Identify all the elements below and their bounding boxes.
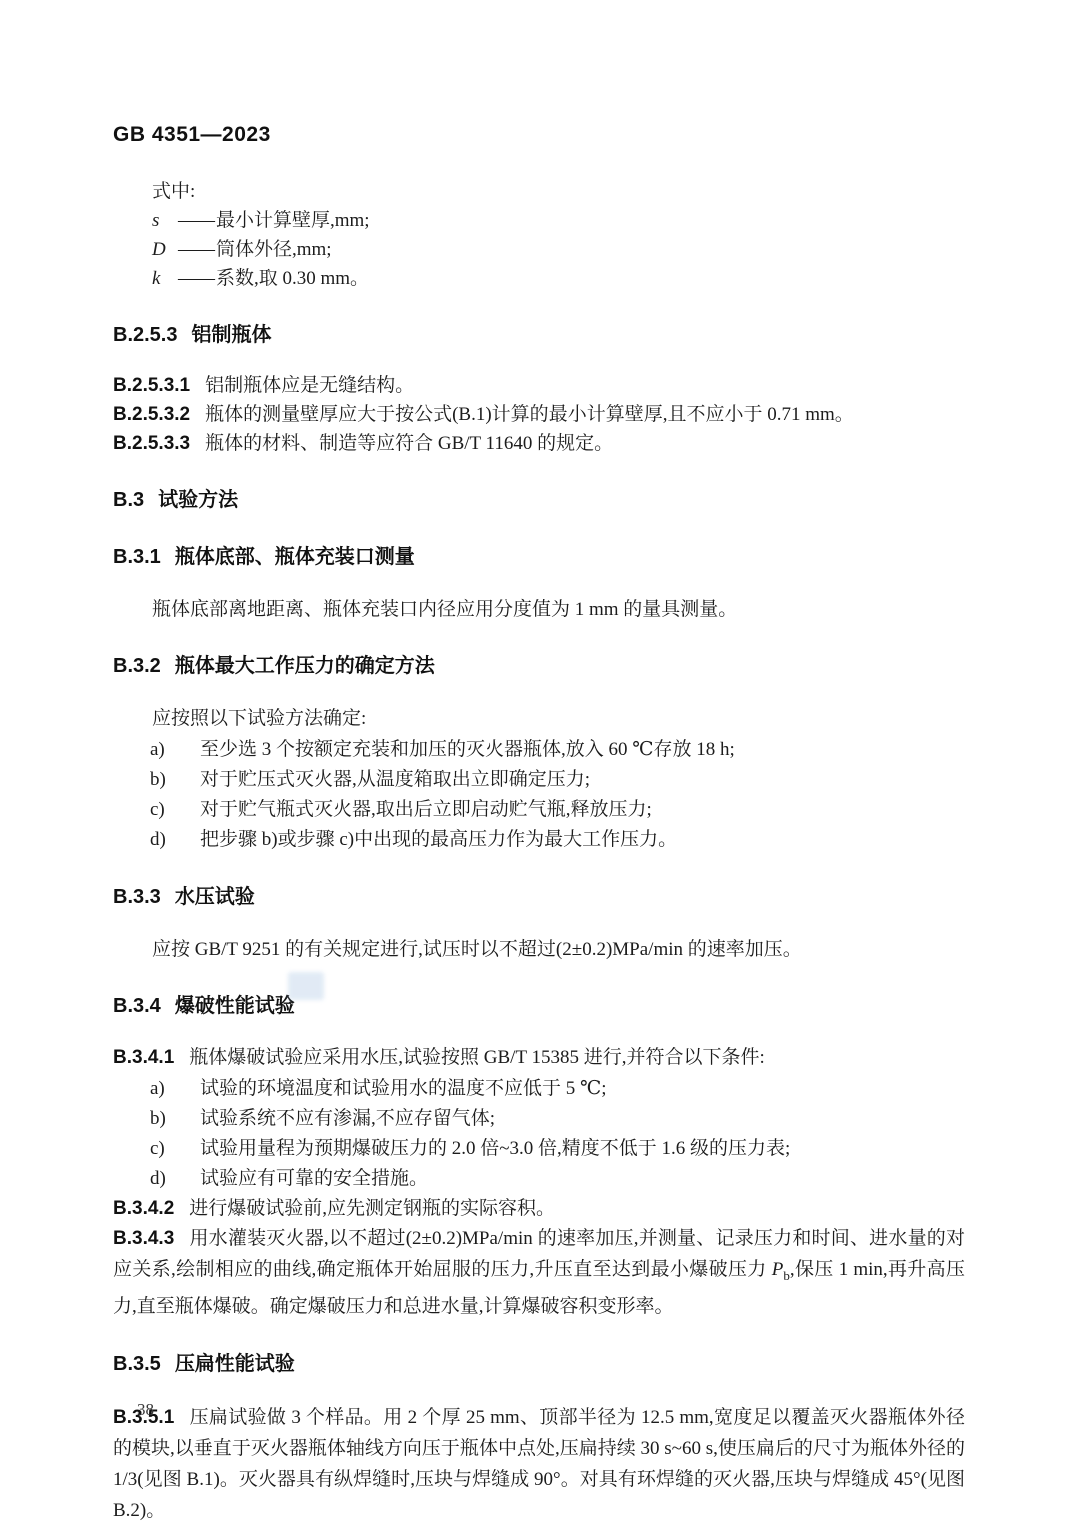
list-item: b)对于贮压式灭火器,从温度箱取出立即确定压力; — [113, 765, 965, 795]
heading-number: B.3.5 — [113, 1353, 161, 1375]
heading-b253: B.2.5.3铝制瓶体 — [113, 323, 965, 347]
clause-text: 进行爆破试验前,应先测定钢瓶的实际容积。 — [189, 1198, 555, 1219]
heading-number: B.3.3 — [113, 886, 161, 908]
heading-b3: B.3试验方法 — [113, 488, 965, 512]
definition-dash: —— — [178, 268, 214, 289]
clause-number: B.3.4.2 — [113, 1198, 174, 1219]
heading-b32: B.3.2瓶体最大工作压力的确定方法 — [113, 654, 965, 678]
paragraph-b32-intro: 应按照以下试验方法确定: — [113, 704, 965, 733]
paragraph-b31: 瓶体底部离地距离、瓶体充装口内径应用分度值为 1 mm 的量具测量。 — [113, 595, 965, 624]
heading-number: B.3.1 — [113, 546, 161, 568]
list-marker: c) — [150, 795, 200, 825]
list-item-text: 试验应有可靠的安全措施。 — [200, 1168, 428, 1189]
list-item: c)试验用量程为预期爆破压力的 2.0 倍~3.0 倍,精度不低于 1.6 级的… — [113, 1134, 965, 1164]
list-item-text: 对于贮气瓶式灭火器,取出后立即启动贮气瓶,释放压力; — [200, 799, 652, 820]
clause-b342: B.3.4.2进行爆破试验前,应先测定钢瓶的实际容积。 — [113, 1194, 965, 1223]
list-marker: a) — [150, 1074, 200, 1104]
formula-definition-D: D——筒体外径,mm; — [113, 235, 965, 264]
clause-number: B.3.4.3 — [113, 1228, 174, 1249]
list-marker: a) — [150, 735, 200, 765]
formula-definition-s: s——最小计算壁厚,mm; — [113, 206, 965, 235]
clause-text: 瓶体爆破试验应采用水压,试验按照 GB/T 15385 进行,并符合以下条件: — [189, 1047, 764, 1068]
clause-b2532: B.2.5.3.2瓶体的测量壁厚应大于按公式(B.1)计算的最小计算壁厚,且不应… — [113, 400, 965, 429]
clause-b2533: B.2.5.3.3瓶体的材料、制造等应符合 GB/T 11640 的规定。 — [113, 429, 965, 458]
list-item-text: 对于贮压式灭火器,从温度箱取出立即确定压力; — [200, 769, 590, 790]
list-item: c)对于贮气瓶式灭火器,取出后立即启动贮气瓶,释放压力; — [113, 795, 965, 825]
definition-dash: —— — [178, 239, 214, 260]
formula-notes: 式中: s——最小计算壁厚,mm; D——筒体外径,mm; k——系数,取 0.… — [113, 178, 965, 293]
list-marker: d) — [150, 1164, 200, 1194]
clause-number: B.2.5.3.3 — [113, 433, 190, 454]
heading-b33: B.3.3水压试验 — [113, 885, 965, 909]
clause-number: B.3.4.1 — [113, 1047, 174, 1068]
heading-number: B.2.5.3 — [113, 324, 177, 346]
list-item-text: 把步骤 b)或步骤 c)中出现的最高压力作为最大工作压力。 — [200, 829, 677, 850]
document-page: GB 4351—2023 式中: s——最小计算壁厚,mm; D——筒体外径,m… — [0, 0, 1080, 1528]
clause-number: B.2.5.3.1 — [113, 375, 190, 396]
list-item: b)试验系统不应有渗漏,不应存留气体; — [113, 1104, 965, 1134]
clause-b2531: B.2.5.3.1铝制瓶体应是无缝结构。 — [113, 371, 965, 400]
heading-number: B.3.4 — [113, 995, 161, 1017]
page-content: GB 4351—2023 式中: s——最小计算壁厚,mm; D——筒体外径,m… — [0, 0, 1080, 1526]
heading-title: 铝制瓶体 — [191, 324, 271, 346]
list-item-text: 至少选 3 个按额定充装和加压的灭火器瓶体,放入 60 ℃存放 18 h; — [200, 739, 735, 760]
heading-title: 水压试验 — [175, 886, 255, 908]
list-item: d)试验应有可靠的安全措施。 — [113, 1164, 965, 1194]
clause-b343: B.3.4.3用水灌装灭火器,以不超过(2±0.2)MPa/min 的速率加压,… — [113, 1223, 965, 1322]
definition-text: 系数,取 0.30 mm。 — [216, 268, 369, 289]
definition-dash: —— — [178, 210, 214, 231]
standard-number-header: GB 4351—2023 — [113, 123, 965, 147]
page-number: 38 — [137, 1400, 154, 1420]
formula-definition-k: k——系数,取 0.30 mm。 — [113, 264, 965, 293]
heading-number: B.3.2 — [113, 655, 161, 677]
formula-symbol: k — [152, 264, 178, 293]
clause-b351: B.3.5.1压扁试验做 3 个样品。用 2 个厚 25 mm、顶部半径为 12… — [113, 1402, 965, 1526]
list-marker: b) — [150, 1104, 200, 1134]
heading-title: 瓶体底部、瓶体充装口测量 — [175, 546, 415, 568]
list-marker: c) — [150, 1134, 200, 1164]
formula-symbol: s — [152, 206, 178, 235]
list-marker: d) — [150, 825, 200, 855]
heading-b34: B.3.4爆破性能试验 — [113, 994, 965, 1018]
scan-watermark-artifact — [288, 972, 324, 1000]
list-item-text: 试验用量程为预期爆破压力的 2.0 倍~3.0 倍,精度不低于 1.6 级的压力… — [200, 1138, 790, 1159]
heading-number: B.3 — [113, 489, 144, 511]
formula-symbol: D — [152, 235, 178, 264]
clause-group-b253: B.2.5.3.1铝制瓶体应是无缝结构。 B.2.5.3.2瓶体的测量壁厚应大于… — [113, 371, 965, 458]
list-item: a)至少选 3 个按额定充装和加压的灭火器瓶体,放入 60 ℃存放 18 h; — [113, 735, 965, 765]
list-item: d)把步骤 b)或步骤 c)中出现的最高压力作为最大工作压力。 — [113, 825, 965, 855]
heading-title: 压扁性能试验 — [175, 1353, 295, 1375]
heading-title: 试验方法 — [158, 489, 238, 511]
clause-number: B.2.5.3.2 — [113, 404, 190, 425]
list-item: a)试验的环境温度和试验用水的温度不应低于 5 ℃; — [113, 1074, 965, 1104]
list-marker: b) — [150, 765, 200, 795]
clause-text: 瓶体的材料、制造等应符合 GB/T 11640 的规定。 — [205, 433, 613, 454]
list-b341: a)试验的环境温度和试验用水的温度不应低于 5 ℃; b)试验系统不应有渗漏,不… — [113, 1074, 965, 1194]
paragraph-b33: 应按 GB/T 9251 的有关规定进行,试压时以不超过(2±0.2)MPa/m… — [113, 935, 965, 964]
clause-text: 压扁试验做 3 个样品。用 2 个厚 25 mm、顶部半径为 12.5 mm,宽… — [113, 1407, 965, 1521]
list-item-text: 试验的环境温度和试验用水的温度不应低于 5 ℃; — [200, 1078, 607, 1099]
definition-text: 最小计算壁厚,mm; — [216, 210, 370, 231]
definition-text: 筒体外径,mm; — [216, 239, 332, 260]
heading-b31: B.3.1瓶体底部、瓶体充装口测量 — [113, 545, 965, 569]
clause-text: 瓶体的测量壁厚应大于按公式(B.1)计算的最小计算壁厚,且不应小于 0.71 m… — [205, 404, 854, 425]
heading-title: 瓶体最大工作压力的确定方法 — [175, 655, 435, 677]
clause-text: 铝制瓶体应是无缝结构。 — [205, 375, 414, 396]
clause-b341: B.3.4.1瓶体爆破试验应采用水压,试验按照 GB/T 15385 进行,并符… — [113, 1043, 965, 1072]
heading-title: 爆破性能试验 — [175, 995, 295, 1017]
list-b32: a)至少选 3 个按额定充装和加压的灭火器瓶体,放入 60 ℃存放 18 h; … — [113, 735, 965, 855]
pressure-symbol: P — [772, 1259, 784, 1280]
formula-notes-intro: 式中: — [113, 178, 965, 206]
heading-b35: B.3.5压扁性能试验 — [113, 1352, 965, 1376]
list-item-text: 试验系统不应有渗漏,不应存留气体; — [200, 1108, 495, 1129]
